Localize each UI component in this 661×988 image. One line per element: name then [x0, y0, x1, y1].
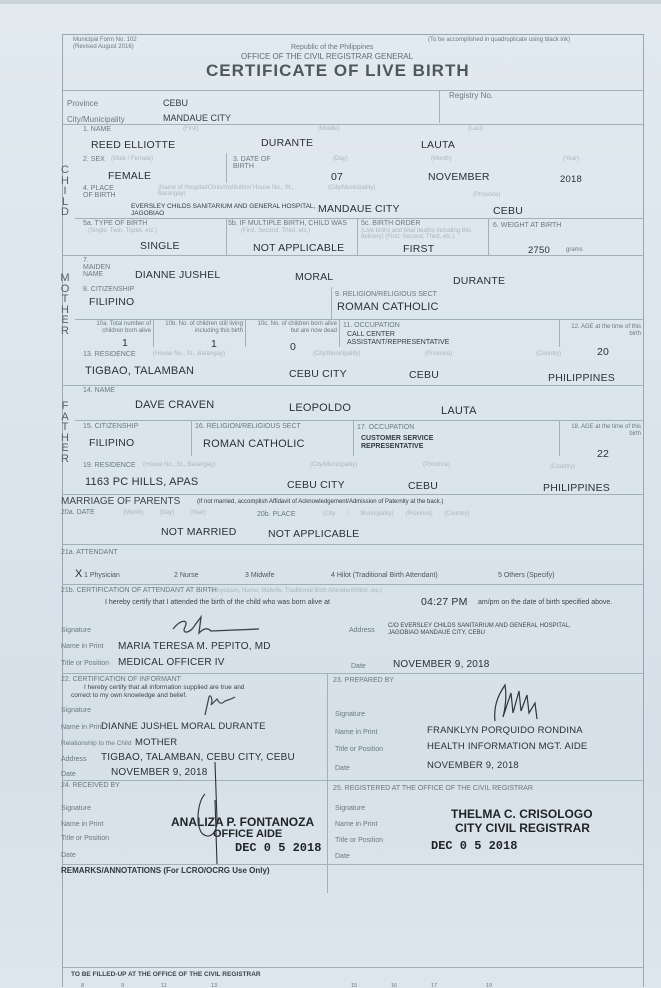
father-residence-hint: (House No., St., Barangay): [143, 462, 215, 468]
received-title-stamp: OFFICE AIDE: [213, 828, 282, 840]
certificate-paper: Municipal Form No. 102 (Revised August 2…: [0, 4, 661, 988]
republic-label: Republic of the Philippines: [291, 44, 374, 51]
attendant-cert-text: I hereby certify that I attended the bir…: [105, 599, 330, 606]
attendant-cert-hint: (Physician, Nurse, Midwife, Traditional …: [211, 588, 382, 594]
multiple-birth-label: 5b. IF MULTIPLE BIRTH, CHILD WAS: [228, 220, 347, 227]
attendant-address: C/O EVERSLEY CHILDS SANITARIUM AND GENER…: [388, 623, 588, 637]
registered-name-label: Name in Print: [335, 821, 377, 828]
marriage-date: NOT MARRIED: [161, 526, 237, 538]
informant-address-label: Address: [61, 756, 87, 763]
mother-middle-name: MORAL: [295, 271, 333, 283]
informant-relationship: MOTHER: [135, 737, 177, 748]
received-signature-label: Signature: [61, 805, 91, 812]
mother-first-name: DIANNE JUSHEL: [135, 269, 220, 281]
child-section-label: CHILD: [59, 165, 71, 218]
code-8: 8: [81, 983, 84, 988]
prepared-title-label: Title or Position: [335, 746, 383, 753]
born-alive: 1: [122, 337, 128, 349]
registered-label: 25. REGISTERED AT THE OFFICE OF THE CIVI…: [333, 785, 533, 792]
weight-unit: grams: [566, 247, 583, 253]
father-name-label: 14. NAME: [83, 387, 115, 394]
code-13: 13: [211, 983, 217, 988]
attendant-checked-mark: X: [75, 568, 82, 580]
father-country-hint: (Country): [550, 464, 575, 470]
dead-children: 0: [290, 341, 296, 353]
received-date-stamp: DEC 0 5 2018: [235, 841, 321, 855]
birth-order-label: 5c. BIRTH ORDER: [361, 220, 420, 227]
prepared-date-label: Date: [335, 765, 350, 772]
received-date-label: Date: [61, 852, 76, 859]
mother-religion-label: 9. RELIGION/RELIGIOUS SECT: [335, 291, 437, 298]
mother-name-label: 7. MAIDEN NAME: [83, 257, 113, 278]
attendant-cert-text-2: am/pm on the date of birth specified abo…: [478, 599, 612, 606]
multiple-birth-hint: (First, Second, Third, etc.): [241, 228, 310, 234]
marriage-place-hints: (City / Municipality) (Province) (Countr…: [323, 511, 469, 517]
pob-city-hint: (City/Municipality): [328, 185, 375, 191]
registered-name-stamp: THELMA C. CRISOLOGO: [451, 807, 593, 821]
informant-signature: [201, 693, 241, 717]
father-province: CEBU: [408, 480, 438, 492]
city-label: City/Municipality: [67, 115, 125, 124]
registered-date-stamp: DEC 0 5 2018: [431, 839, 517, 853]
father-age: 22: [597, 448, 609, 460]
birth-type: SINGLE: [140, 240, 180, 252]
prepared-label: 23. PREPARED BY: [333, 677, 394, 684]
father-residence: 1163 PC HILLS, APAS: [85, 476, 198, 488]
form-revision: (Revised August 2016): [73, 44, 134, 50]
father-middle-name: LEOPOLDO: [289, 402, 351, 414]
father-age-label: 18. AGE at the time of this birth: [563, 424, 641, 438]
prepared-date: NOVEMBER 9, 2018: [427, 760, 519, 771]
prepared-signature-label: Signature: [335, 711, 365, 718]
birth-time: 04:27 PM: [421, 596, 468, 608]
dob-label: 3. DATE OF BIRTH: [233, 156, 283, 170]
received-title-label: Title or Position: [61, 835, 109, 842]
mother-citizenship-label: 8. CITIZENSHIP: [83, 286, 134, 293]
father-section-label: FATHER: [59, 401, 71, 464]
page-title: CERTIFICATE OF LIVE BIRTH: [206, 61, 470, 81]
father-occupation: CUSTOMER SERVICE REPRESENTATIVE: [361, 435, 471, 451]
office-label: OFFICE OF THE CIVIL REGISTRAR GENERAL: [241, 52, 413, 61]
registered-signature-label: Signature: [335, 805, 365, 812]
mother-country-hint: (Country): [536, 351, 561, 357]
informant-signature-loop: [187, 760, 223, 870]
pob-facility: EVERSLEY CHILDS SANITARIUM AND GENERAL H…: [131, 203, 321, 217]
registered-title-label: Title or Position: [335, 837, 383, 844]
child-first-name: REED ELLIOTTE: [91, 139, 175, 151]
marriage-place: NOT APPLICABLE: [268, 528, 359, 540]
footer-label: TO BE FILLED-UP AT THE OFFICE OF THE CIV…: [71, 971, 261, 978]
city-value: MANDAUE CITY: [163, 113, 231, 123]
mother-age: 20: [597, 346, 609, 358]
mother-occupation-label: 11. OCCUPATION: [343, 322, 400, 329]
mother-residence: TIGBAO, TALAMBAN: [85, 365, 194, 377]
informant-relationship-label: Relationship to the Child: [61, 740, 131, 747]
form-instruction: (To be accomplished in quadruplicate usi…: [428, 37, 570, 43]
born-alive-label: 10a. Total number of children born alive: [83, 321, 151, 335]
code-19: 19: [486, 983, 492, 988]
marriage-note: (If not married, accomplish Affidavit of…: [197, 499, 443, 505]
attendant-cert-label: 21b. CERTIFICATION OF ATTENDANT AT BIRTH: [61, 587, 217, 594]
informant-date-label: Date: [61, 771, 76, 778]
attendant-title: MEDICAL OFFICER IV: [118, 657, 225, 668]
mother-province-hint: (Province): [425, 351, 452, 357]
father-first-name: DAVE CRAVEN: [135, 399, 214, 411]
father-religion-label: 16. RELIGION/RELIGIOUS SECT: [195, 423, 301, 430]
code-17: 17: [431, 983, 437, 988]
province-value: CEBU: [163, 98, 188, 108]
code-9: 9: [121, 983, 124, 988]
attendant-address-label: Address: [349, 627, 375, 634]
mother-section-label: MOTHER: [59, 273, 71, 336]
code-16: 16: [391, 983, 397, 988]
year-hint: (Year): [563, 156, 579, 162]
province-label: Province: [67, 99, 98, 108]
child-birth-month: NOVEMBER: [428, 171, 490, 183]
father-province-hint: (Province): [423, 462, 450, 468]
last-hint: (Last): [468, 126, 483, 132]
birth-order-hint: (Live births and fetal deaths including …: [361, 228, 476, 240]
certificate-form: Municipal Form No. 102 (Revised August 2…: [62, 34, 644, 987]
day-hint: (Day): [333, 156, 348, 162]
attendant-option-nurse[interactable]: 2 Nurse: [174, 572, 199, 579]
attendant-name-label: Name in Print: [61, 643, 103, 650]
pob-province-hint: (Province): [473, 192, 500, 198]
registered-date-label: Date: [335, 853, 350, 860]
child-middle-name: DURANTE: [261, 137, 313, 149]
father-city-hint: (City/Municipality): [310, 462, 357, 468]
informant-signature-label: Signature: [61, 707, 91, 714]
mother-city-hint: (City/Municipality): [313, 351, 360, 357]
informant-text: I hereby certify that all information su…: [84, 684, 244, 691]
sex-hint: (Male / Female): [111, 156, 153, 162]
informant-label: 22. CERTIFICATION OF INFORMANT: [61, 676, 181, 683]
child-birth-year: 2018: [560, 174, 582, 185]
father-religion: ROMAN CATHOLIC: [203, 438, 305, 450]
pob-city: MANDAUE CITY: [318, 203, 400, 215]
attendant-name: MARIA TERESA M. PEPITO, MD: [118, 641, 271, 652]
code-15: 15: [351, 983, 357, 988]
attendant-option-physician[interactable]: 1 Physician: [84, 572, 120, 579]
marriage-date-hints: (Month) (Day) (Year): [123, 510, 206, 516]
sex-label: 2. SEX: [83, 156, 105, 163]
first-hint: (First): [183, 126, 199, 132]
weight-label: 6. WEIGHT AT BIRTH: [493, 222, 561, 229]
birth-type-hint: (Single, Twin, Triplet, etc.): [88, 228, 157, 234]
mother-citizenship: FILIPINO: [89, 296, 134, 308]
mother-province: CEBU: [409, 369, 439, 381]
father-citizenship: FILIPINO: [89, 437, 134, 449]
living-children: 1: [211, 338, 217, 350]
birth-order: FIRST: [403, 243, 434, 255]
marriage-heading: MARRIAGE OF PARENTS: [61, 496, 180, 507]
child-last-name: LAUTA: [421, 139, 455, 151]
mother-country: PHILIPPINES: [548, 372, 615, 384]
mother-age-label: 12. AGE at the time of this birth: [563, 324, 641, 338]
mother-occupation: CALL CENTER ASSISTANT/REPRESENTATIVE: [347, 331, 467, 347]
marriage-date-label: 20a. DATE: [61, 509, 95, 516]
prepared-title: HEALTH INFORMATION MGT. AIDE: [427, 741, 587, 752]
attendant-label: 21a. ATTENDANT: [61, 549, 118, 556]
mother-residence-label: 13. RESIDENCE: [83, 351, 136, 358]
attendant-option-midwife[interactable]: 3 Midwife: [245, 572, 275, 579]
pob-province: CEBU: [493, 205, 523, 217]
attendant-signature: [171, 615, 261, 639]
received-name-label: Name in Print: [61, 821, 103, 828]
code-11: 11: [161, 983, 167, 988]
marriage-place-label: 20b. PLACE: [257, 511, 296, 518]
registry-label: Registry No.: [449, 91, 493, 100]
informant-text-2: correct to my own knowledge and belief.: [71, 692, 187, 699]
month-hint: (Month): [431, 156, 452, 162]
father-city: CEBU CITY: [287, 479, 345, 491]
received-label: 24. RECEIVED BY: [61, 782, 120, 789]
multiple-birth: NOT APPLICABLE: [253, 242, 344, 254]
living-children-label: 10b. No. of children still living includ…: [158, 321, 243, 335]
father-occupation-label: 17. OCCUPATION: [357, 424, 414, 431]
mother-religion: ROMAN CATHOLIC: [337, 301, 439, 313]
prepared-name-label: Name in Print: [335, 729, 377, 736]
pob-hint: (Name of Hospital/Clinic/Institution/ Ho…: [158, 185, 298, 197]
father-last-name: LAUTA: [441, 405, 477, 417]
informant-name-label: Name in Print: [61, 724, 103, 731]
middle-hint: (Middle): [318, 126, 340, 132]
father-citizenship-label: 15. CITIZENSHIP: [83, 423, 138, 430]
child-sex: FEMALE: [108, 170, 151, 182]
form-number: Municipal Form No. 102: [73, 37, 137, 43]
mother-residence-hint: (House No., St., Barangay): [153, 351, 225, 357]
child-birth-day: 07: [331, 171, 343, 183]
mother-city: CEBU CITY: [289, 368, 347, 380]
remarks-label: REMARKS/ANNOTATIONS (For LCRO/OCRG Use O…: [61, 866, 270, 875]
pob-label: 4. PLACE OF BIRTH: [83, 185, 125, 199]
dead-children-label: 10c. No. of children born alive but are …: [249, 321, 337, 335]
birth-type-label: 5a. TYPE OF BIRTH: [83, 220, 147, 227]
attendant-date-label: Date: [351, 663, 366, 670]
prepared-signature: [491, 683, 541, 725]
informant-name: DIANNE JUSHEL MORAL DURANTE: [101, 721, 266, 732]
mother-last-name: DURANTE: [453, 275, 505, 287]
registered-title-stamp: CITY CIVIL REGISTRAR: [455, 821, 590, 835]
attendant-date: NOVEMBER 9, 2018: [393, 659, 490, 670]
child-name-label: 1. NAME: [83, 126, 111, 133]
attendant-option-hilot[interactable]: 4 Hilot (Traditional Birth Attendant): [331, 572, 438, 579]
father-country: PHILIPPINES: [543, 482, 610, 494]
prepared-name: FRANKLYN PORQUIDO RONDINA: [427, 725, 583, 736]
attendant-title-label: Title or Position: [61, 660, 109, 667]
attendant-option-others[interactable]: 5 Others (Specify): [498, 572, 554, 579]
father-residence-label: 19. RESIDENCE: [83, 462, 136, 469]
attendant-signature-label: Signature: [61, 627, 91, 634]
